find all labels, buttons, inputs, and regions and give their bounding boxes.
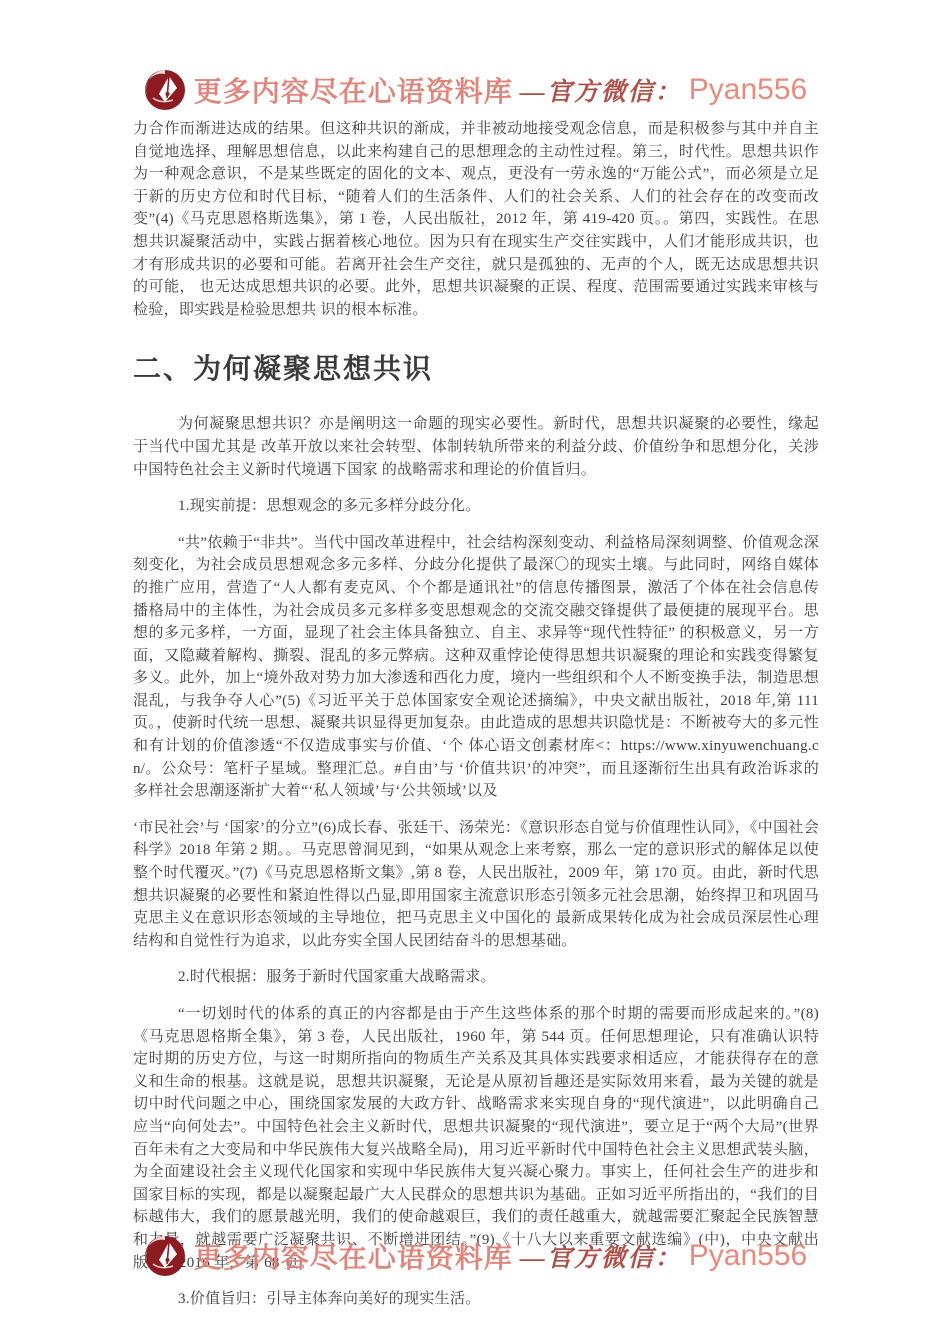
pen-nib-circle-icon [143,1234,187,1278]
watermark-text: 更多内容尽在心语资料库 [194,70,513,110]
watermark-text: 更多内容尽在心语资料库 [194,1236,513,1276]
paragraph-continuation: 力合作而渐进达成的结果。但这种共识的渐成，并非被动地接受观念信息，而是积极参与其… [133,118,819,321]
wechat-id: Pyan556 [689,1239,807,1273]
paragraph-intro: 为何凝聚思想共识？亦是阐明这一命题的现实必要性。新时代，思想共识凝聚的必要性，缘… [133,413,819,481]
paragraph-subpoint-1-continued: ‘市民社会’与 ‘国家’的分立”(6)成长春、张廷干、汤荣光：《意识形态自觉与价… [133,817,819,953]
wechat-label: —官方微信： [520,72,682,108]
paragraph-subpoint-1: “共”依赖于“非共”。当代中国改革进程中，社会结构深刻变动、利益格局深刻调整、价… [133,532,819,803]
subpoint-1-title: 1.现实前提：思想观念的多元多样分歧分化。 [133,495,819,518]
wechat-id: Pyan556 [689,73,807,107]
wechat-label: —官方微信： [520,1238,682,1274]
subpoint-2-title: 2.时代根据：服务于新时代国家重大战略需求。 [133,966,819,989]
subpoint-3-title: 3.价值旨归：引导主体奔向美好的现实生活。 [133,1288,819,1311]
watermark-banner-bottom: 更多内容尽在心语资料库 —官方微信： Pyan556 [0,1234,950,1278]
pen-nib-circle-icon [143,68,187,112]
document-content: 力合作而渐进达成的结果。但这种共识的渐成，并非被动地接受观念信息，而是积极参与其… [133,118,819,1325]
section-heading: 二、为何凝聚思想共识 [133,347,819,387]
document-page: 更多内容尽在心语资料库 —官方微信： Pyan556 力合作而渐进达成的结果。但… [0,0,950,1344]
watermark-banner-top: 更多内容尽在心语资料库 —官方微信： Pyan556 [0,68,950,112]
